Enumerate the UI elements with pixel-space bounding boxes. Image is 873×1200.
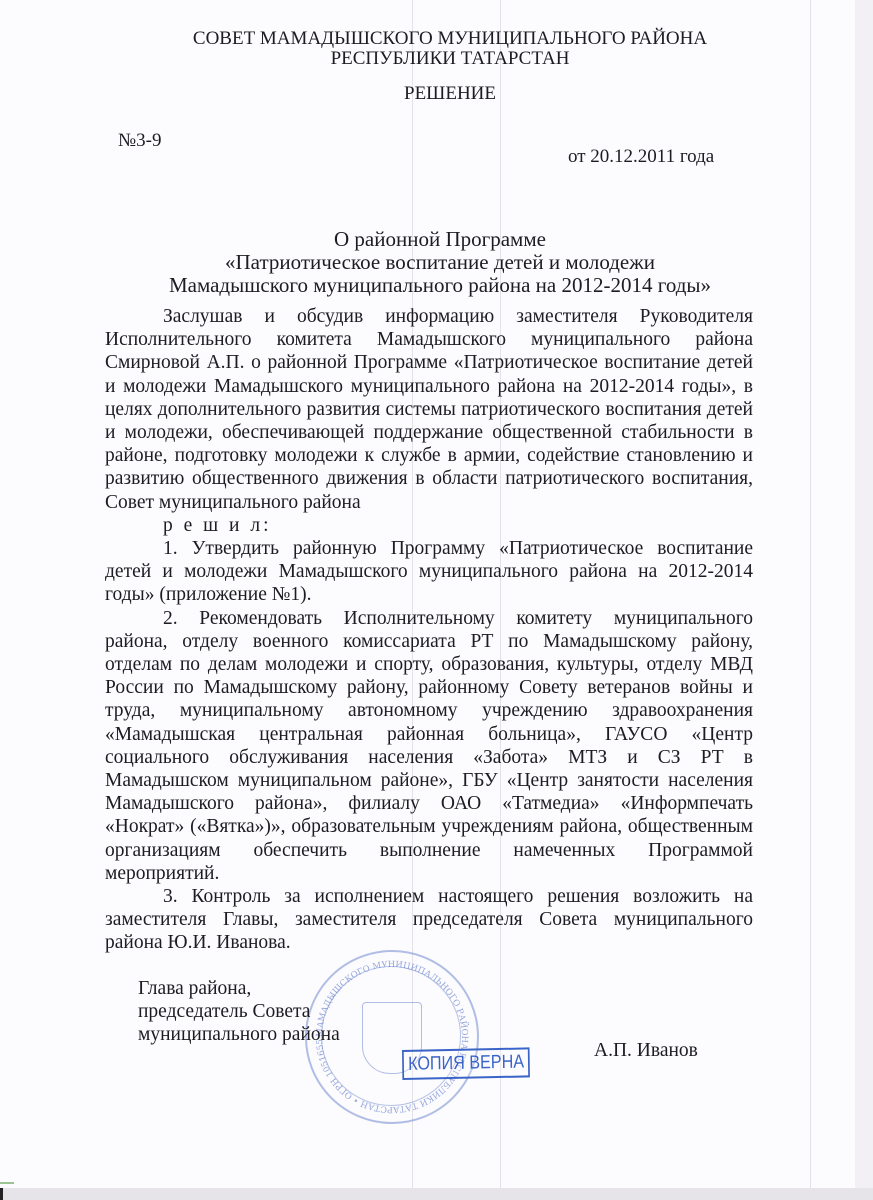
scan-mark <box>0 1182 14 1184</box>
preamble-paragraph: Заслушав и обсудив информацию заместител… <box>105 305 753 514</box>
role-line-3: муниципального района <box>138 1023 340 1046</box>
title-line-2: «Патриотическое воспитание детей и молод… <box>110 251 770 274</box>
item-1: 1. Утвердить районную Программу «Патриот… <box>105 537 753 607</box>
decision-number: №3-9 <box>118 130 161 152</box>
role-line-1: Глава района, <box>138 977 340 1000</box>
doc-type: РЕШЕНИЕ <box>0 83 873 105</box>
signatory-role: Глава района, председатель Совета муници… <box>138 977 340 1046</box>
signatory-name: А.П. Иванов <box>594 1040 698 1062</box>
scan-edge <box>0 1188 873 1200</box>
role-line-2: председатель Совета <box>138 1000 340 1023</box>
title-line-3: Мамадышского муниципального района на 20… <box>110 274 770 297</box>
item-2: 2. Рекомендовать Исполнительному комитет… <box>105 607 753 885</box>
decision-body: Заслушав и обсудив информацию заместител… <box>105 305 753 955</box>
item-3: 3. Контроль за исполнением настоящего ре… <box>105 885 753 955</box>
org-name-line1: СОВЕТ МАМАДЫШСКОГО МУНИЦИПАЛЬНОГО РАЙОНА <box>0 28 873 50</box>
org-name-line2: РЕСПУБЛИКИ ТАТАРСТАН <box>0 48 873 70</box>
title-line-1: О районной Программе <box>110 228 770 251</box>
decided-label: р е ш и л: <box>105 514 753 537</box>
copy-certified-stamp: КОПИЯ ВЕРНА <box>402 1047 530 1080</box>
decision-title: О районной Программе «Патриотическое вос… <box>110 228 770 297</box>
fold-line <box>810 0 811 1188</box>
scan-mark <box>0 1188 3 1200</box>
document-page: СОВЕТ МАМАДЫШСКОГО МУНИЦИПАЛЬНОГО РАЙОНА… <box>0 0 855 1188</box>
decision-date: от 20.12.2011 года <box>568 146 714 168</box>
